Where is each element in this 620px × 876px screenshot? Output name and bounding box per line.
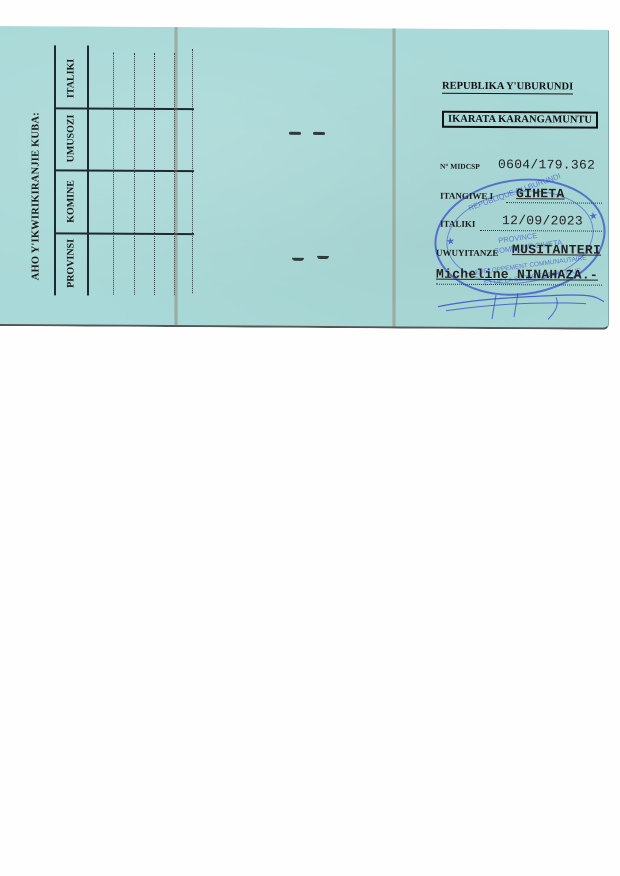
date-label: ITALIKI — [440, 219, 475, 229]
column-header-italiki: ITALIKI — [66, 59, 77, 98]
signer-name: Micheline NINAHAZA.- — [436, 267, 598, 283]
issued-at-label: ITANGIWE I — [440, 191, 493, 201]
stamp-star-icon: ★ — [588, 211, 598, 223]
entry-line — [192, 49, 193, 293]
column-header-komine: KOMINE — [66, 180, 77, 223]
panel-photo-area — [178, 27, 393, 326]
signed-by-value: MUSITANTERI — [512, 242, 601, 258]
photo-slit — [289, 132, 301, 135]
photo-slit — [292, 258, 304, 261]
signed-by-label: UWUYITANZE — [436, 248, 498, 258]
stamp-star-icon: ★ — [445, 236, 455, 248]
date-value: 12/09/2023 — [502, 213, 583, 228]
photo-slit — [317, 256, 329, 259]
panel-residence-history: AHO Y'IKWIRIKIRANJIE KUBA: PROVINSI KOMI… — [0, 26, 176, 325]
column-header-provinsi: PROVINSI — [66, 239, 77, 288]
signature-scribble — [436, 291, 606, 322]
card-title: IKARATA KARANGAMUNTU — [442, 111, 598, 129]
issued-at-value: GIHETA — [516, 186, 565, 201]
entry-line — [113, 53, 114, 295]
table-separator — [54, 169, 194, 172]
number-label: N° MIDCSP — [440, 162, 480, 171]
photo-slit — [313, 132, 325, 135]
entry-line — [154, 53, 155, 295]
entry-line — [134, 53, 135, 295]
panel-card-front: REPUBLIKA Y'UBURUNDI IKARATA KARANGAMUNT… — [396, 28, 608, 327]
table-separator — [54, 107, 194, 110]
country-heading: REPUBLIKA Y'UBURUNDI — [442, 81, 573, 95]
table-separator — [54, 232, 194, 235]
residence-table-title: AHO Y'IKWIRIKIRANJIE KUBA: — [31, 112, 42, 280]
id-card: AHO Y'IKWIRIKIRANJIE KUBA: PROVINSI KOMI… — [0, 26, 609, 330]
column-header-umusozi: UMUSOZI — [66, 115, 77, 163]
number-value: 0604/179.362 — [498, 157, 595, 173]
